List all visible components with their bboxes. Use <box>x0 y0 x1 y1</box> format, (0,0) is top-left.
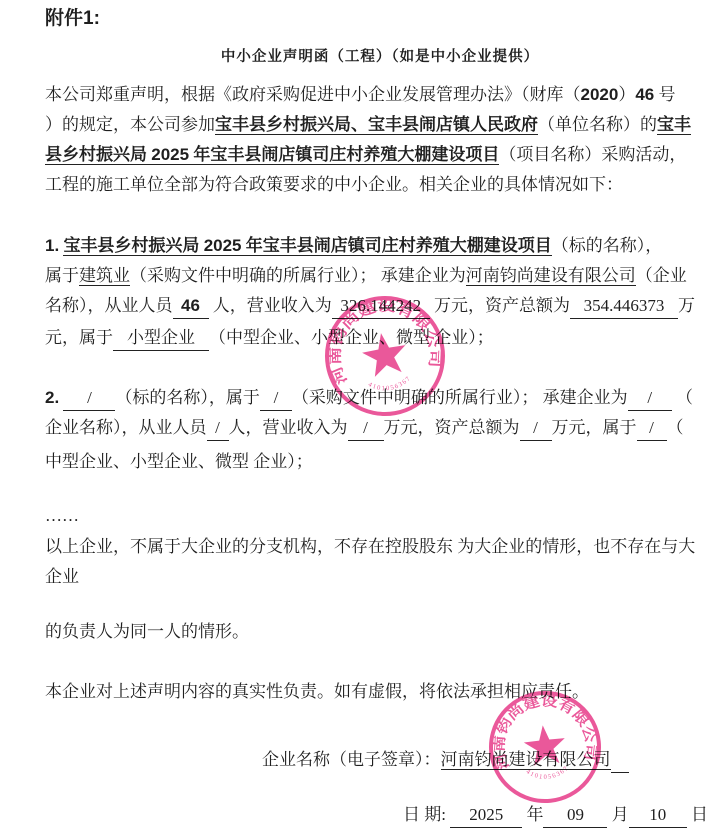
text-segment: 的负责人为同一人的情形。 <box>45 622 249 641</box>
text-segment: 46 <box>635 85 654 104</box>
filled-blank: 09 <box>543 803 607 828</box>
filled-blank: 县乡村振兴局 <box>45 145 151 165</box>
text-segment: （标的名称）， <box>552 236 663 255</box>
text-segment: 万元，资产总额为 <box>430 296 570 315</box>
text-segment: 1. <box>45 236 59 255</box>
text-segment: （企业 <box>636 266 687 285</box>
text-segment: ）的规定，本公司参加 <box>45 115 215 134</box>
document-line-1: 本公司郑重声明，根据《政府采购促进中小企业发展管理办法》（财库（2020）46 … <box>45 80 676 110</box>
text-segment: 日 期: <box>403 805 450 824</box>
filled-blank: 2025 <box>450 803 522 828</box>
document-line-4: 工程的施工单位全部为符合政策要求的中小企业。相关企业的具体情况如下： <box>45 170 623 200</box>
document-line-16: 本企业对上述声明内容的真实性负责。如有虚假，将依法承担相应责任。 <box>45 677 589 707</box>
filled-blank <box>611 748 629 773</box>
filled-blank: 河南钧尚建设有限公司 <box>466 266 636 286</box>
filled-blank: 年宝丰县闹店镇司庄村养殖大棚建设项目 <box>242 236 552 256</box>
text-segment: （标的名称），属于 <box>115 388 260 407</box>
filled-blank: 326.144242 <box>332 294 430 319</box>
document-line-12: …… <box>45 501 79 531</box>
filled-blank: / <box>520 416 552 441</box>
text-segment: （采购文件中明确的所属行业）； 承建企业为 <box>130 266 466 285</box>
filled-blank: 小型企业 <box>113 326 209 351</box>
text-segment: 万元，资产总额为 <box>384 418 520 437</box>
text-segment: 2020 <box>581 85 619 104</box>
document-line-7: 名称），从业人员46 人，营业收入为326.144242 万元，资产总额为354… <box>45 291 695 321</box>
filled-blank: / <box>260 386 292 411</box>
filled-blank: 354.446373 <box>570 294 678 319</box>
document-line-8: 元，属于小型企业（中型企业、小型企业、微型 企业）； <box>45 323 494 353</box>
filled-blank: / <box>637 416 667 441</box>
text-segment: 人，营业收入为 <box>209 296 332 315</box>
filled-blank: 宝丰县乡村振兴局、宝丰县闹店镇人民政府 <box>215 115 538 135</box>
filled-blank: 10 <box>629 803 687 828</box>
document-line-10: 企业名称），从业人员/人，营业收入为/万元，资产总额为/万元，属于/（ <box>45 413 684 443</box>
text-segment: ） <box>618 85 635 104</box>
text-segment: 日 <box>687 805 708 824</box>
text-segment: 2. <box>45 388 59 407</box>
document-line-6: 属于建筑业（采购文件中明确的所属行业）； 承建企业为河南钧尚建设有限公司（企业 <box>45 261 687 291</box>
filled-blank: 2025 <box>151 145 189 165</box>
filled-blank: / <box>628 386 672 411</box>
filled-blank: / <box>63 386 115 411</box>
text-segment: 企业 <box>45 567 79 586</box>
document-line-9: 2. /（标的名称），属于/（采购文件中明确的所属行业）； 承建企业为/ （ <box>45 383 693 413</box>
text-segment: （项目名称）采购活动， <box>499 145 686 164</box>
document-line-17: 企业名称（电子签章）：河南钧尚建设有限公司 <box>262 745 629 775</box>
text-segment: 元，属于 <box>45 328 113 347</box>
text-segment: （ <box>667 418 684 437</box>
filled-blank: 年宝丰县闹店镇司庄村养殖大棚建设项目 <box>189 145 499 165</box>
document-page: 附件1: 中小企业声明函（工程）（如是中小企业提供） 本公司郑重声明，根据《政府… <box>0 0 723 839</box>
text-segment: 年 <box>522 805 543 824</box>
text-segment: 中型企业、小型企业、微型 企业）； <box>45 452 313 471</box>
text-segment: 名称），从业人员 <box>45 296 173 315</box>
text-segment: 工程的施工单位全部为符合政策要求的中小企业。相关企业的具体情况如下： <box>45 175 623 194</box>
text-segment: 本公司郑重声明，根据《政府采购促进中小企业发展管理办法》（财库（ <box>45 85 581 104</box>
text-segment: 属于 <box>45 266 79 285</box>
document-line-15: 的负责人为同一人的情形。 <box>45 617 249 647</box>
filled-blank: 宝丰县乡村振兴局 <box>63 236 203 256</box>
text-segment: 企业名称），从业人员 <box>45 418 207 437</box>
filled-blank: 建筑业 <box>79 266 130 286</box>
text-segment: 万元，属于 <box>552 418 637 437</box>
text-segment: （中型企业、小型企业、微型 企业）； <box>209 328 494 347</box>
text-segment: 人，营业收入为 <box>229 418 348 437</box>
document-line-5: 1. 宝丰县乡村振兴局 2025 年宝丰县闹店镇司庄村养殖大棚建设项目（标的名称… <box>45 231 662 261</box>
filled-blank: 宝丰 <box>657 115 691 135</box>
document-line-11: 中型企业、小型企业、微型 企业）； <box>45 447 313 477</box>
text-segment: 本企业对上述声明内容的真实性负责。如有虚假，将依法承担相应责任。 <box>45 682 589 701</box>
attachment-label: 附件1: <box>45 3 100 30</box>
filled-blank: / <box>207 416 229 441</box>
text-segment: 月 <box>607 805 628 824</box>
document-line-18: 日 期: 2025 年09 月10 日 <box>403 800 708 830</box>
filled-blank: 2025 <box>204 236 242 256</box>
filled-blank: / <box>348 416 384 441</box>
filled-blank: 46 <box>173 294 209 319</box>
text-segment: 企业名称（电子签章）： <box>262 750 441 769</box>
filled-blank: 河南钧尚建设有限公司 <box>441 750 611 770</box>
document-line-13: 以上企业，不属于大企业的分支机构，不存在控股股东 为大企业的情形，也不存在与大 <box>45 532 695 562</box>
text-segment: 以上企业，不属于大企业的分支机构，不存在控股股东 为大企业的情形，也不存在与大 <box>45 537 695 556</box>
text-segment: 万 <box>678 296 695 315</box>
document-line-14: 企业 <box>45 562 79 592</box>
text-segment: （单位名称）的 <box>538 115 657 134</box>
text-segment: …… <box>45 506 79 525</box>
text-segment: （采购文件中明确的所属行业）； 承建企业为 <box>292 388 628 407</box>
text-segment: 号 <box>654 85 675 104</box>
document-line-3: 县乡村振兴局 2025 年宝丰县闹店镇司庄村养殖大棚建设项目（项目名称）采购活动… <box>45 140 686 170</box>
page-title: 中小企业声明函（工程）（如是中小企业提供） <box>0 45 723 66</box>
document-line-2: ）的规定，本公司参加宝丰县乡村振兴局、宝丰县闹店镇人民政府（单位名称）的宝丰 <box>45 110 691 140</box>
text-segment: （ <box>672 388 693 407</box>
